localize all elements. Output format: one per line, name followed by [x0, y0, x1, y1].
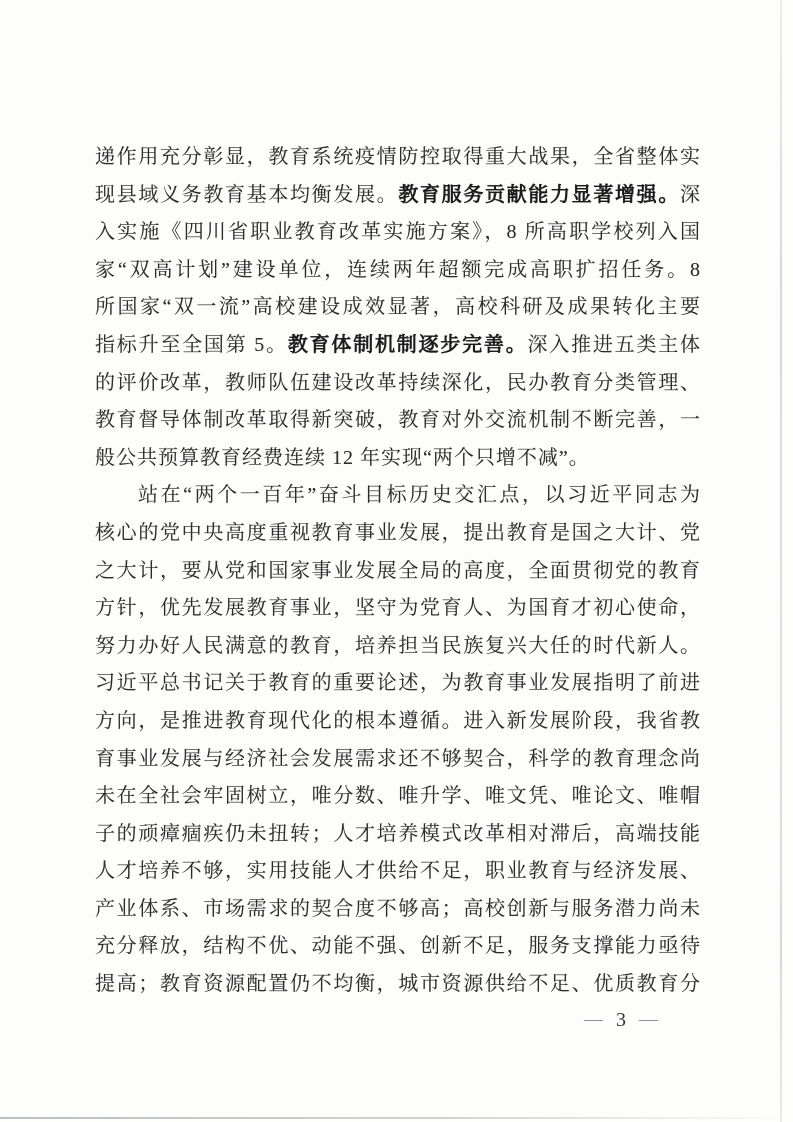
text-line: 子的顽瘴痼疾仍未扭转；人才培养模式改革相对滞后，高端技能 [95, 816, 701, 854]
scan-edge-right-line [780, 0, 782, 1122]
text-run: 方向，是推进教育现代化的根本遵循。进入新发展阶段，我省教 [95, 710, 701, 732]
text-run: 般公共预算教育经费连续 12 年实现“两个只增不减”。 [95, 447, 590, 469]
text-run: 指标升至全国第 5。 [95, 334, 288, 356]
text-run: 递作用充分彰显，教育系统疫情防控取得重大战果，全省整体实 [95, 146, 701, 168]
text-run: 方针，优先发展教育事业，坚守为党育人、为国育才初心使命， [95, 597, 701, 619]
page-number: — 3 — [584, 1006, 658, 1034]
text-line: 核心的党中央高度重视教育事业发展，提出教育是国之大计、党 [95, 515, 701, 553]
text-run: 充分释放，结构不优、动能不强、创新不足，服务支撑能力亟待 [95, 935, 701, 957]
text-line: 未在全社会牢固树立，唯分数、唯升学、唯文凭、唯论文、唯帽 [95, 778, 701, 816]
page-number-right-dash: — [639, 1006, 658, 1034]
text-run: 子的顽瘴痼疾仍未扭转；人才培养模式改革相对滞后，高端技能 [95, 823, 701, 845]
text-run: 的评价改革，教师队伍建设改革持续深化，民办教育分类管理、 [95, 372, 701, 394]
text-run: 提高；教育资源配置仍不均衡，城市资源供给不足、优质教育分 [95, 973, 701, 995]
page-number-value: 3 [616, 1006, 626, 1034]
text-line: 所国家“双一流”高校建设成效显著，高校科研及成果转化主要 [95, 289, 701, 327]
text-line: 般公共预算教育经费连续 12 年实现“两个只增不减”。 [95, 440, 701, 478]
text-line: 站在“两个一百年”奋斗目标历史交汇点，以习近平同志为 [95, 477, 701, 515]
text-run: 育事业发展与经济社会发展需求还不够契合，科学的教育理念尚 [95, 748, 701, 770]
text-run: 站在“两个一百年”奋斗目标历史交汇点，以习近平同志为 [138, 484, 701, 506]
text-line: 努力办好人民满意的教育，培养担当民族复兴大任的时代新人。 [95, 628, 701, 666]
bold-text-run: 教育服务贡献能力显著增强。 [398, 184, 680, 206]
text-run: 努力办好人民满意的教育，培养担当民族复兴大任的时代新人。 [95, 635, 701, 657]
text-run: 未在全社会牢固树立，唯分数、唯升学、唯文凭、唯论文、唯帽 [95, 785, 701, 807]
text-run: 产业体系、市场需求的契合度不够高；高校创新与服务潜力尚未 [95, 898, 701, 920]
text-line: 方向，是推进教育现代化的根本遵循。进入新发展阶段，我省教 [95, 703, 701, 741]
text-line: 充分释放，结构不优、动能不强、创新不足，服务支撑能力亟待 [95, 928, 701, 966]
text-run: 深入推进五类主体 [528, 334, 702, 356]
text-line: 之大计，要从党和国家事业发展全局的高度，全面贯彻党的教育 [95, 553, 701, 591]
document-body: 递作用充分彰显，教育系统疫情防控取得重大战果，全省整体实现县域义务教育基本均衡发… [95, 139, 701, 1004]
text-run: 入实施《四川省职业教育改革实施方案》，8 所高职学校列入国 [95, 221, 701, 243]
text-line: 提高；教育资源配置仍不均衡，城市资源供给不足、优质教育分 [95, 966, 701, 1004]
text-run: 深 [680, 184, 701, 206]
text-line: 家“双高计划”建设单位，连续两年超额完成高职扩招任务。8 [95, 252, 701, 290]
text-line: 指标升至全国第 5。教育体制机制逐步完善。深入推进五类主体 [95, 327, 701, 365]
text-line: 的评价改革，教师队伍建设改革持续深化，民办教育分类管理、 [95, 365, 701, 403]
text-line: 人才培养不够，实用技能人才供给不足，职业教育与经济发展、 [95, 853, 701, 891]
text-run: 人才培养不够，实用技能人才供给不足，职业教育与经济发展、 [95, 860, 701, 882]
text-line: 习近平总书记关于教育的重要论述，为教育事业发展指明了前进 [95, 665, 701, 703]
text-line: 产业体系、市场需求的契合度不够高；高校创新与服务潜力尚未 [95, 891, 701, 929]
scan-edge-bottom-line [0, 1117, 793, 1119]
document-page: 递作用充分彰显，教育系统疫情防控取得重大战果，全省整体实现县域义务教育基本均衡发… [0, 0, 793, 1122]
text-run: 习近平总书记关于教育的重要论述，为教育事业发展指明了前进 [95, 672, 701, 694]
bold-text-run: 教育体制机制逐步完善。 [288, 334, 528, 356]
text-run: 家“双高计划”建设单位，连续两年超额完成高职扩招任务。8 [95, 259, 701, 281]
text-run: 核心的党中央高度重视教育事业发展，提出教育是国之大计、党 [95, 522, 701, 544]
text-run: 教育督导体制改革取得新突破，教育对外交流机制不断完善，一 [95, 409, 701, 431]
text-line: 方针，优先发展教育事业，坚守为党育人、为国育才初心使命， [95, 590, 701, 628]
text-line: 教育督导体制改革取得新突破，教育对外交流机制不断完善，一 [95, 402, 701, 440]
text-line: 育事业发展与经济社会发展需求还不够契合，科学的教育理念尚 [95, 741, 701, 779]
page-number-left-dash: — [584, 1006, 603, 1034]
text-run: 所国家“双一流”高校建设成效显著，高校科研及成果转化主要 [95, 296, 701, 318]
text-line: 现县域义务教育基本均衡发展。教育服务贡献能力显著增强。深 [95, 177, 701, 215]
text-line: 入实施《四川省职业教育改革实施方案》，8 所高职学校列入国 [95, 214, 701, 252]
text-line: 递作用充分彰显，教育系统疫情防控取得重大战果，全省整体实 [95, 139, 701, 177]
text-run: 现县域义务教育基本均衡发展。 [95, 184, 398, 206]
text-run: 之大计，要从党和国家事业发展全局的高度，全面贯彻党的教育 [95, 560, 701, 582]
